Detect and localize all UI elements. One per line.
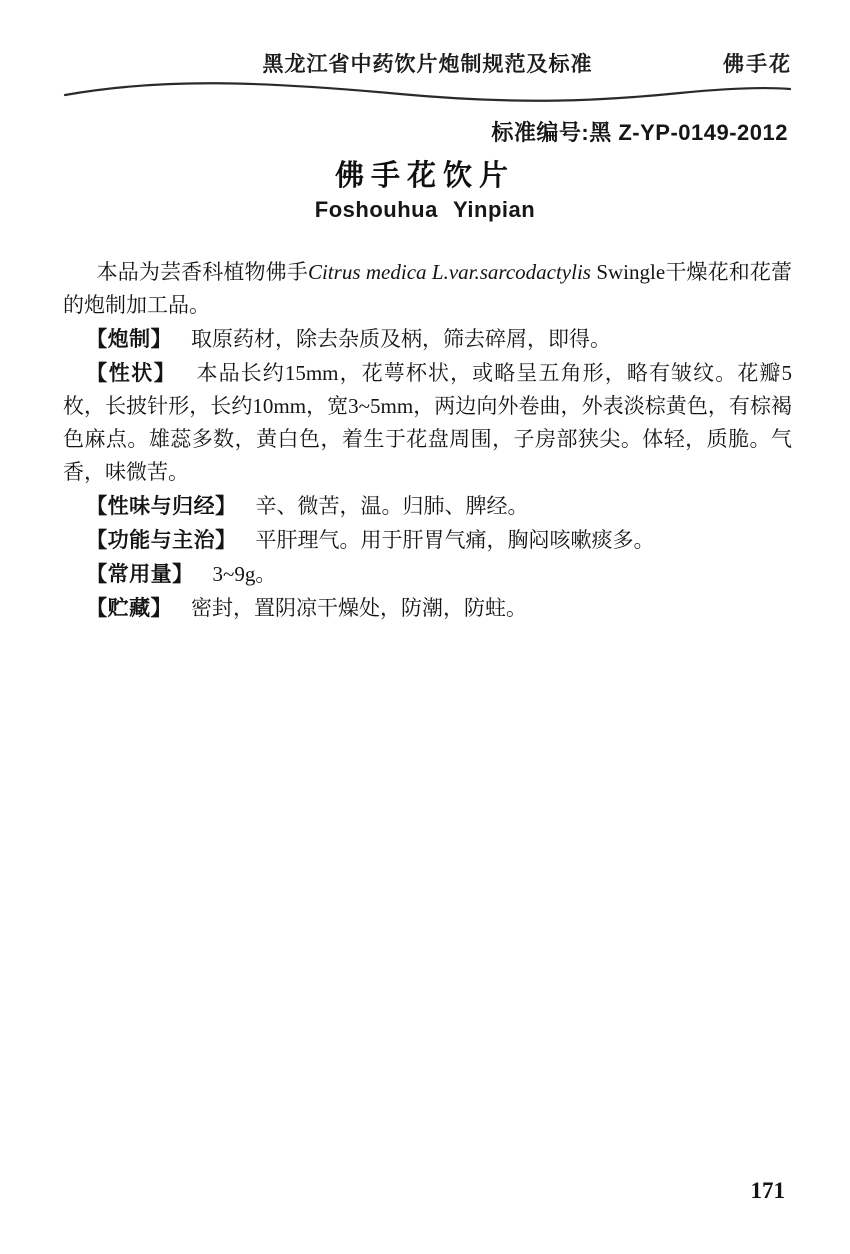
section-zhucang: 【贮藏】密封，置阴凉干燥处，防潮，防蛀。 [63,592,792,625]
section-label: 【性状】 [86,362,176,385]
latin-binomial: Citrus medica L.var.sarcodactylis [308,260,591,284]
page-number: 171 [751,1178,786,1204]
section-changyongliang: 【常用量】3~9g。 [63,558,792,591]
section-paozhi: 【炮制】取原药材，除去杂质及柄，筛去碎屑，即得。 [63,323,792,356]
section-label: 【炮制】 [86,328,172,351]
section-label: 【功能与主治】 [86,529,237,552]
intro-paragraph: 本品为芸香科植物佛手Citrus medica L.var.sarcodacty… [63,256,792,322]
section-xingzhuang: 【性状】本品长约15mm，花萼杯状，或略呈五角形，略有皱纹。花瓣5枚，长披针形，… [63,357,792,489]
section-label: 【性味与归经】 [86,495,237,518]
section-text: 平肝理气。用于肝胃气痛，胸闷咳嗽痰多。 [255,528,654,552]
section-label: 【常用量】 [86,563,194,586]
intro-text-pre: 本品为芸香科植物佛手 [97,260,308,284]
section-text: 密封，置阴凉干燥处，防潮，防蛀。 [191,596,527,620]
latin-author: Swingle [591,260,665,284]
section-label: 【贮藏】 [86,597,172,620]
page-title-pinyin: Foshouhua Yinpian [0,197,850,223]
header-rule-line [0,68,850,112]
section-gongneng-zhuzhi: 【功能与主治】平肝理气。用于肝胃气痛，胸闷咳嗽痰多。 [63,524,792,557]
section-xingwei-guijing: 【性味与归经】辛、微苦，温。归肺、脾经。 [63,490,792,523]
page-title: 佛手花饮片 [0,153,850,194]
standard-number: 标准编号:黑 Z-YP-0149-2012 [491,116,788,147]
section-text: 取原药材，除去杂质及柄，筛去碎屑，即得。 [191,327,611,351]
document-page: 黑龙江省中药饮片炮制规范及标准 佛手花 标准编号:黑 Z-YP-0149-201… [0,0,850,1254]
section-text: 辛、微苦，温。归肺、脾经。 [255,494,528,518]
body-text: 本品为芸香科植物佛手Citrus medica L.var.sarcodacty… [63,256,792,626]
section-text: 3~9g。 [212,562,276,586]
